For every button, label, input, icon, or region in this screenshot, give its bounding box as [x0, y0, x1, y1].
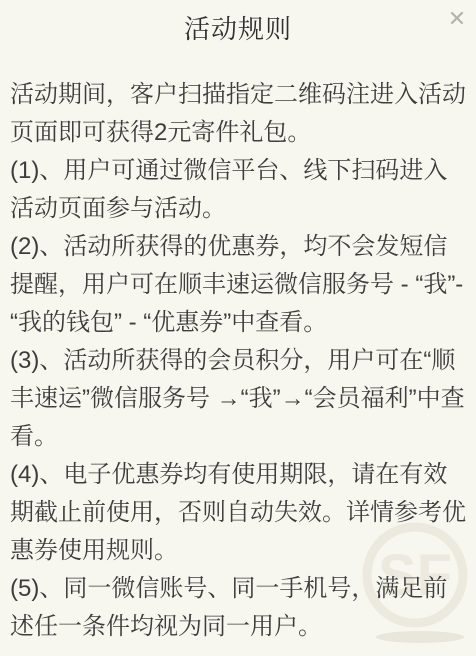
- rules-line: “我的钱包” - “优惠券”中查看。: [10, 304, 468, 342]
- close-icon[interactable]: ✕: [444, 6, 470, 32]
- rules-line: 述任一条件均视为同一用户。: [10, 608, 468, 646]
- rules-line: (1)、用户可通过微信平台、线下扫码进入: [10, 152, 468, 190]
- rules-line: 活动期间，客户扫描指定二维码注进入活动: [10, 76, 468, 114]
- rules-line: 提醒，用户可在顺丰速运微信服务号 - “我”-: [10, 266, 468, 304]
- rules-line: (4)、电子优惠券均有使用期限，请在有效: [10, 456, 468, 494]
- rules-line: 惠券使用规则。: [10, 532, 468, 570]
- rules-line: 活动页面参与活动。: [10, 190, 468, 228]
- dialog-title: 活动规则: [0, 14, 476, 44]
- rules-text-body: 活动期间，客户扫描指定二维码注进入活动 页面即可获得2元寄件礼包。 (1)、用户…: [10, 76, 468, 646]
- rules-line: (3)、活动所获得的会员积分，用户可在“顺: [10, 342, 468, 380]
- rules-line: 页面即可获得2元寄件礼包。: [10, 114, 468, 152]
- rules-line: (2)、活动所获得的优惠券，均不会发短信: [10, 228, 468, 266]
- rules-line: 期截止前使用，否则自动失效。详情参考优: [10, 494, 468, 532]
- rules-line: 看。: [10, 418, 468, 456]
- rules-line: (5)、同一微信账号、同一手机号，满足前: [10, 570, 468, 608]
- rules-line: 丰速运”微信服务号 →“我”→“会员福利”中查: [10, 380, 468, 418]
- rules-dialog: 活动规则 ✕ SF 活动期间，客户扫描指定二维码注进入活动 页面即可获得2元寄件…: [0, 0, 476, 656]
